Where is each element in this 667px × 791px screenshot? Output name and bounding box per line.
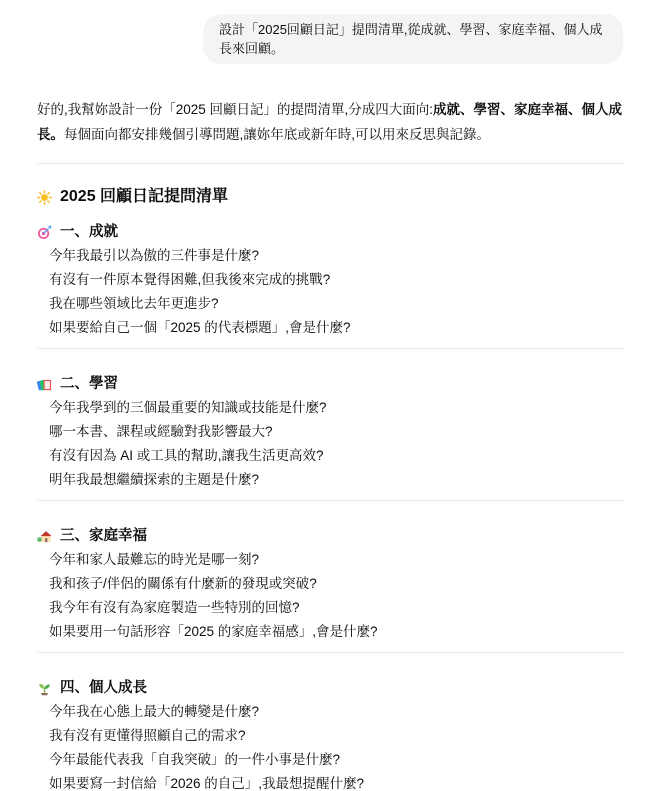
question-item: 今年我在心態上最大的轉變是什麼? — [49, 700, 623, 724]
checklist-title: 2025 回顧日記提問清單 — [37, 185, 623, 209]
house-icon — [37, 529, 52, 544]
section-heading-text: 一、成就 — [60, 221, 118, 243]
user-message-bubble: 設計「2025回顧日記」提問清單,從成就、學習、家庭幸福、個人成長來回顧。 — [203, 14, 623, 64]
question-item: 有沒有一件原本覺得困難,但我後來完成的挑戰? — [49, 268, 623, 292]
question-item: 我在哪些領域比去年更進步? — [49, 292, 623, 316]
assistant-intro: 好的,我幫妳設計一份「2025 回顧日記」的提問清單,分成四大面向:成就、學習、… — [37, 97, 623, 147]
assistant-intro-text: 好的,我幫妳設計一份「2025 回顧日記」的提問清單,分成四大面向: — [37, 102, 433, 117]
section-heading-achievements: 一、成就 — [37, 221, 623, 243]
checklist-title-text: 2025 回顧日記提問清單 — [60, 185, 228, 209]
section-heading-text: 四、個人成長 — [60, 677, 147, 699]
section-heading-learning: 二、學習 — [37, 373, 623, 395]
question-list-personal-growth: 今年我在心態上最大的轉變是什麼? 我有沒有更懂得照顧自己的需求? 今年最能代表我… — [37, 700, 623, 791]
target-icon — [37, 225, 52, 240]
question-item: 我有沒有更懂得照顧自己的需求? — [49, 724, 623, 748]
chat-transcript: 設計「2025回顧日記」提問清單,從成就、學習、家庭幸福、個人成長來回顧。 好的… — [37, 0, 623, 791]
question-item: 有沒有因為 AI 或工具的幫助,讓我生活更高效? — [49, 444, 623, 468]
question-list-learning: 今年我學到的三個最重要的知識或技能是什麼? 哪一本書、課程或經驗對我影響最大? … — [37, 396, 623, 492]
question-item: 今年我最引以為傲的三件事是什麼? — [49, 244, 623, 268]
section-divider — [37, 163, 623, 164]
section-heading-text: 三、家庭幸福 — [60, 525, 147, 547]
question-item: 我和孩子/伴侶的關係有什麼新的發現或突破? — [49, 572, 623, 596]
section-heading-personal-growth: 四、個人成長 — [37, 677, 623, 699]
section-divider — [37, 652, 623, 653]
question-item: 如果要給自己一個「2025 的代表標題」,會是什麼? — [49, 316, 623, 340]
section-divider — [37, 348, 623, 349]
question-list-family: 今年和家人最難忘的時光是哪一刻? 我和孩子/伴侶的關係有什麼新的發現或突破? 我… — [37, 548, 623, 644]
section-heading-text: 二、學習 — [60, 373, 118, 395]
seedling-icon — [37, 681, 52, 696]
books-icon — [37, 377, 52, 392]
question-item: 哪一本書、課程或經驗對我影響最大? — [49, 420, 623, 444]
question-item: 今年我學到的三個最重要的知識或技能是什麼? — [49, 396, 623, 420]
question-item: 如果要用一句話形容「2025 的家庭幸福感」,會是什麼? — [49, 620, 623, 644]
question-item: 如果要寫一封信給「2026 的自己」,我最想提醒什麼? — [49, 772, 623, 791]
section-divider — [37, 500, 623, 501]
user-message-row: 設計「2025回顧日記」提問清單,從成就、學習、家庭幸福、個人成長來回顧。 — [37, 0, 623, 64]
question-list-achievements: 今年我最引以為傲的三件事是什麼? 有沒有一件原本覺得困難,但我後來完成的挑戰? … — [37, 244, 623, 340]
assistant-intro-text-after: 每個面向都安排幾個引導問題,讓妳年底或新年時,可以用來反思與記錄。 — [64, 127, 490, 142]
question-item: 今年最能代表我「自我突破」的一件小事是什麼? — [49, 748, 623, 772]
question-item: 明年我最想繼續探索的主題是什麼? — [49, 468, 623, 492]
question-item: 今年和家人最難忘的時光是哪一刻? — [49, 548, 623, 572]
question-item: 我今年有沒有為家庭製造一些特別的回憶? — [49, 596, 623, 620]
section-heading-family: 三、家庭幸福 — [37, 525, 623, 547]
sun-icon — [37, 190, 52, 205]
